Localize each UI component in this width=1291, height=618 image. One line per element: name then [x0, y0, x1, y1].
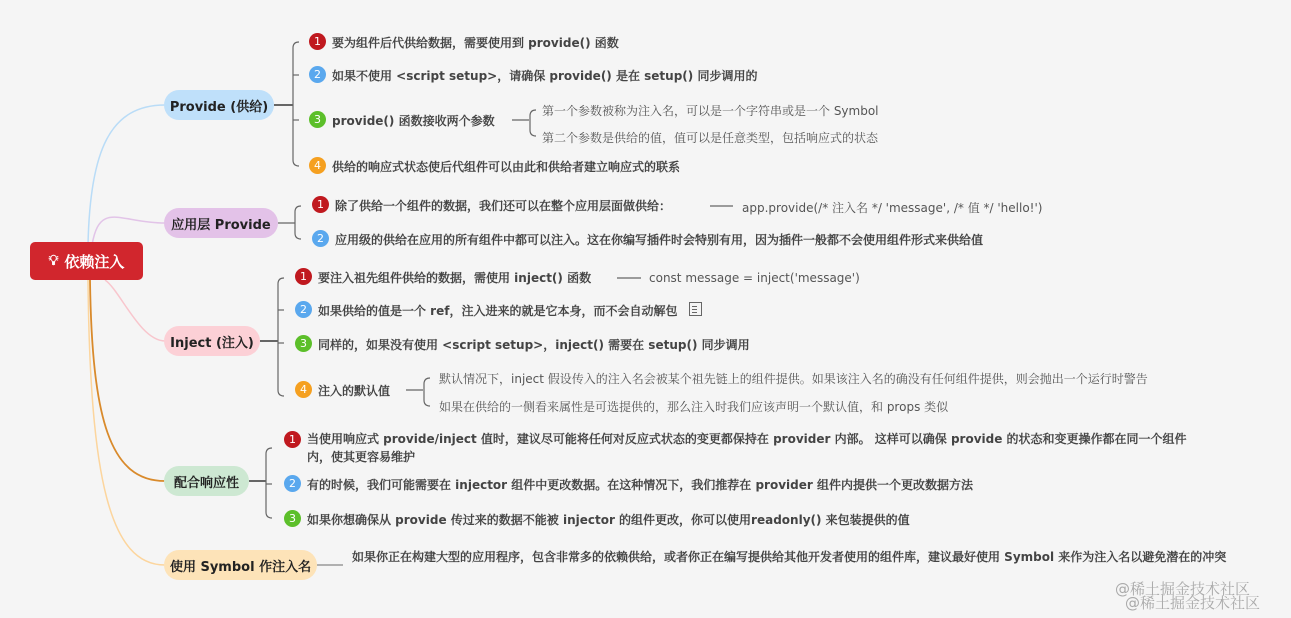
badge-1: 1 — [312, 196, 329, 213]
inject-default-1[interactable]: 默认情况下，inject 假设传入的注入名会被某个祖先链上的组件提供。如果该注入… — [439, 370, 1148, 387]
branch-symbol[interactable]: 使用 Symbol 作注入名 — [164, 550, 317, 580]
app-provide-item-2[interactable]: 2 应用级的供给在应用的所有组件中都可以注入。这在你编写插件时会特别有用，因为插… — [312, 231, 983, 248]
root-node[interactable]: 💡︎ 依赖注入 — [30, 242, 143, 280]
item-text: 有的时候，我们可能需要在 injector 组件中更改数据。在这种情况下，我们推… — [307, 476, 973, 493]
item-text: provide() 函数接收两个参数 — [332, 112, 495, 129]
branch-label: 使用 Symbol 作注入名 — [170, 556, 311, 575]
provide-item-4[interactable]: 4 供给的响应式状态使后代组件可以由此和供给者建立响应式的联系 — [309, 158, 680, 175]
item-text: 要为组件后代供给数据，需要使用到 provide() 函数 — [332, 34, 619, 51]
inject-code-note[interactable]: const message = inject('message') — [649, 271, 860, 285]
branch-provide[interactable]: Provide (供给) — [164, 90, 274, 120]
badge-2: 2 — [309, 66, 326, 83]
badge-4: 4 — [295, 381, 312, 398]
provide-param-2[interactable]: 第二个参数是供给的值，值可以是任意类型，包括响应式的状态 — [542, 129, 878, 146]
provide-item-3[interactable]: 3 provide() 函数接收两个参数 — [309, 112, 495, 129]
branch-inject[interactable]: Inject (注入) — [164, 326, 260, 356]
item-text: 同样的，如果没有使用 <script setup>，inject() 需要在 s… — [318, 336, 750, 353]
inject-item-1[interactable]: 1 要注入祖先组件供给的数据，需使用 inject() 函数 — [295, 269, 591, 286]
branch-label: 应用层 Provide — [171, 214, 270, 233]
reactivity-item-2[interactable]: 2 有的时候，我们可能需要在 injector 组件中更改数据。在这种情况下，我… — [284, 476, 973, 493]
reactivity-item-3[interactable]: 3 如果你想确保从 provide 传过来的数据不能被 injector 的组件… — [284, 511, 910, 528]
branch-label: Inject (注入) — [170, 332, 254, 351]
provide-item-2[interactable]: 2 如果不使用 <script setup>，请确保 provide() 是在 … — [309, 67, 757, 84]
branch-app-provide[interactable]: 应用层 Provide — [164, 208, 278, 238]
badge-1: 1 — [309, 33, 326, 50]
inject-item-3[interactable]: 3 同样的，如果没有使用 <script setup>，inject() 需要在… — [295, 336, 750, 353]
badge-4: 4 — [309, 157, 326, 174]
item-text: 要注入祖先组件供给的数据，需使用 inject() 函数 — [318, 269, 591, 286]
branch-label: Provide (供给) — [170, 96, 268, 115]
badge-2: 2 — [295, 301, 312, 318]
badge-1: 1 — [284, 431, 301, 448]
provide-item-1[interactable]: 1 要为组件后代供给数据，需要使用到 provide() 函数 — [309, 34, 619, 51]
app-provide-code-note[interactable]: app.provide(/* 注入名 */ 'message', /* 值 */… — [742, 199, 1042, 216]
item-text: 除了供给一个组件的数据，我们还可以在整个应用层面做供给： — [335, 197, 671, 214]
badge-2: 2 — [312, 230, 329, 247]
branch-reactivity[interactable]: 配合响应性 — [164, 466, 249, 496]
note-icon[interactable] — [689, 302, 702, 316]
item-text: 注入的默认值 — [318, 382, 390, 399]
app-provide-item-1[interactable]: 1 除了供给一个组件的数据，我们还可以在整个应用层面做供给： — [312, 197, 671, 214]
provide-param-1[interactable]: 第一个参数被称为注入名，可以是一个字符串或是一个 Symbol — [542, 102, 879, 119]
watermark-2: @稀土掘金技术社区 — [1125, 592, 1260, 613]
item-text: 如果你想确保从 provide 传过来的数据不能被 injector 的组件更改… — [307, 511, 910, 528]
badge-3: 3 — [309, 111, 326, 128]
symbol-note[interactable]: 如果你正在构建大型的应用程序，包含非常多的依赖供给，或者你正在编写提供给其他开发… — [352, 548, 1252, 566]
item-text: 如果不使用 <script setup>，请确保 provide() 是在 se… — [332, 67, 757, 84]
badge-3: 3 — [284, 510, 301, 527]
item-text: 当使用响应式 provide/inject 值时，建议尽可能将任何对反应式状态的… — [307, 430, 1187, 466]
inject-item-2[interactable]: 2 如果供给的值是一个 ref，注入进来的就是它本身，而不会自动解包 — [295, 302, 702, 319]
badge-1: 1 — [295, 268, 312, 285]
item-text: 供给的响应式状态使后代组件可以由此和供给者建立响应式的联系 — [332, 158, 680, 175]
inject-item-4[interactable]: 4 注入的默认值 — [295, 382, 390, 399]
item-text: 应用级的供给在应用的所有组件中都可以注入。这在你编写插件时会特别有用，因为插件一… — [335, 231, 983, 248]
branch-label: 配合响应性 — [174, 472, 239, 491]
badge-3: 3 — [295, 335, 312, 352]
item-text: 如果供给的值是一个 ref，注入进来的就是它本身，而不会自动解包 — [318, 302, 677, 319]
reactivity-item-1[interactable]: 1 当使用响应式 provide/inject 值时，建议尽可能将任何对反应式状… — [284, 430, 1204, 466]
inject-default-2[interactable]: 如果在供给的一侧看来属性是可选提供的，那么注入时我们应该声明一个默认值，和 pr… — [439, 398, 948, 415]
lightbulb-icon: 💡︎ — [49, 253, 59, 269]
root-label: 依赖注入 — [64, 251, 124, 272]
badge-2: 2 — [284, 475, 301, 492]
